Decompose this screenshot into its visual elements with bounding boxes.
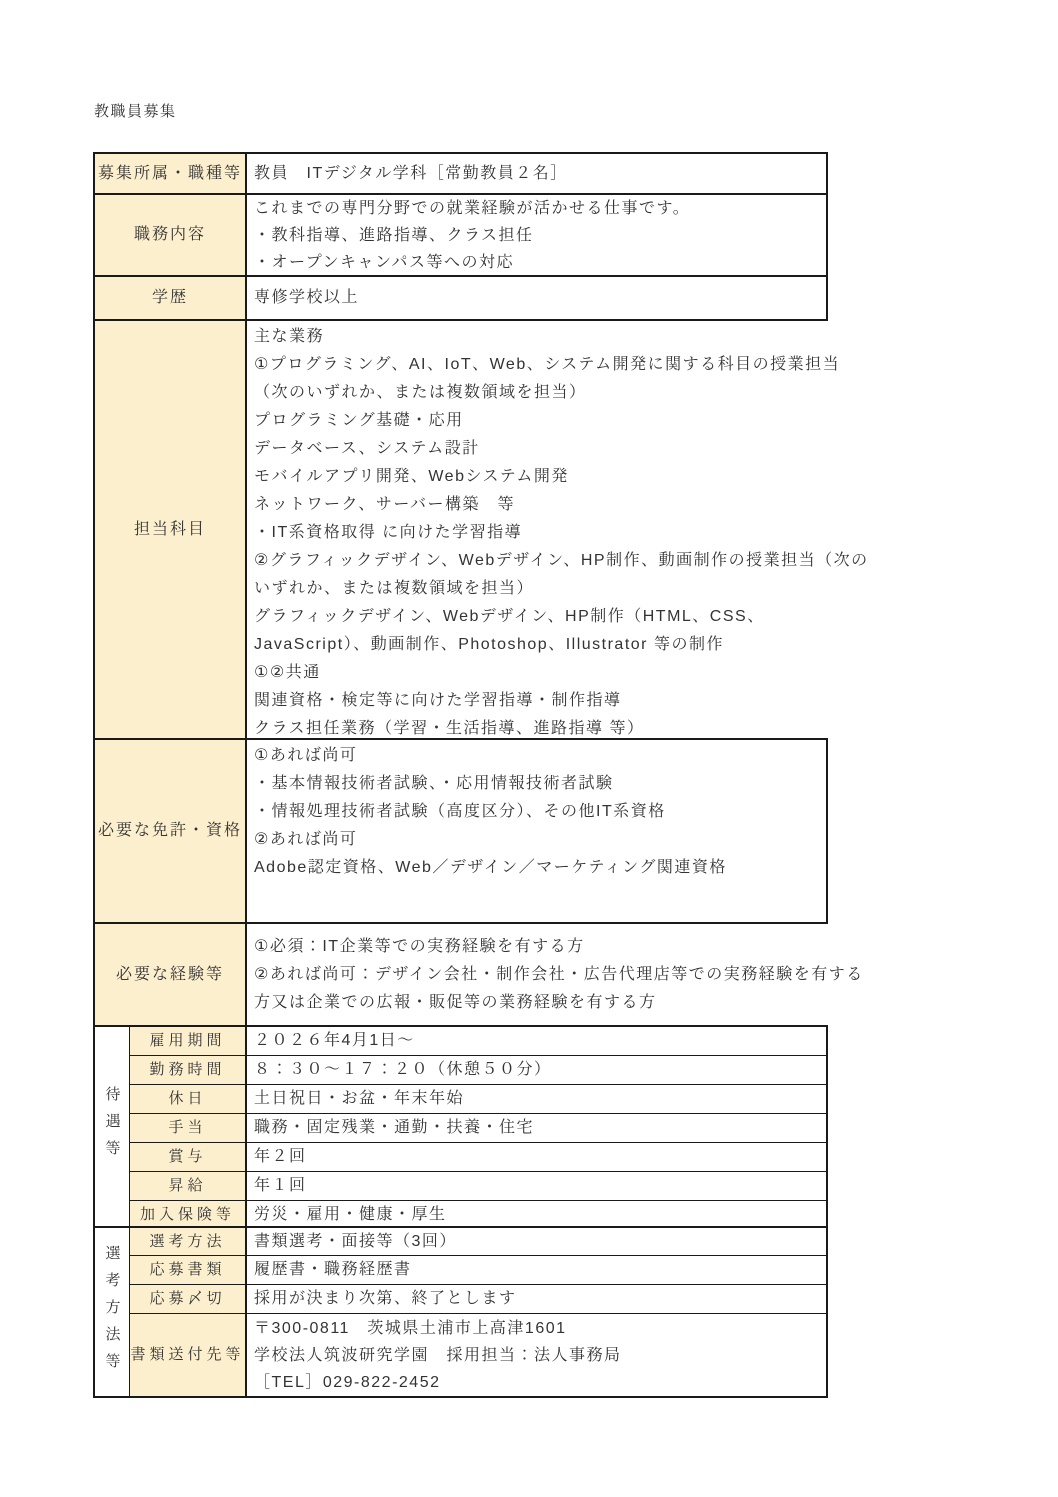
table-row-mailing-address: 書類送付先等 〒300-0811 茨城県土浦市上高津1601 学校法人筑波研究学…	[130, 1313, 826, 1396]
cell-licenses: ①あれば尚可 ・基本情報技術者試験、・応用情報技術者試験 ・情報処理技術者試験（…	[247, 740, 826, 922]
cell-text: これまでの専門分野での就業経験が活かせる仕事です。	[254, 195, 818, 222]
cell-text: 〒300-0811 茨城県土浦市上高津1601	[254, 1315, 818, 1342]
cell-text: 労災・雇用・健康・厚生	[254, 1201, 818, 1229]
section-selection: 選考方法等 選考方法 書類選考・面接等（3回） 応募書類 履歴書・職務経歴書 応…	[95, 1226, 826, 1396]
table-row-licenses: 必要な免許・資格 ①あれば尚可 ・基本情報技術者試験、・応用情報技術者試験 ・情…	[95, 738, 826, 922]
cell-education: 専修学校以上	[247, 277, 826, 319]
cell-text: 土日祝日・お盆・年末年始	[254, 1085, 818, 1113]
row-header-application-documents: 応募書類	[130, 1256, 247, 1284]
cell-duties: これまでの専門分野での就業経験が活かせる仕事です。 ・教科指導、進路指導、クラス…	[247, 195, 826, 275]
cell-text: JavaScript）、動画制作、Photoshop、Illustrator 等…	[254, 631, 869, 659]
cell-position: 教員 ITデジタル学科［常勤教員２名］	[247, 154, 826, 193]
cell-text: いずれか、または複数領域を担当）	[254, 575, 869, 603]
cell-application-documents: 履歴書・職務経歴書	[247, 1256, 826, 1284]
table-row-duties: 職務内容 これまでの専門分野での就業経験が活かせる仕事です。 ・教科指導、進路指…	[95, 193, 826, 275]
cell-application-deadline: 採用が決まり次第、終了とします	[247, 1285, 826, 1313]
row-header-bonus: 賞与	[130, 1143, 247, 1171]
cell-text: 書類選考・面接等（3回）	[254, 1228, 818, 1256]
cell-text: 学校法人筑波研究学園 採用担当：法人事務局	[254, 1342, 818, 1369]
cell-subjects: 主な業務 ①プログラミング、AI、IoT、Web、システム開発に関する科目の授業…	[247, 321, 877, 738]
table-row-insurance: 加入保険等 労災・雇用・健康・厚生	[130, 1200, 826, 1229]
cell-text: ２０２６年4月1日～	[254, 1027, 818, 1055]
cell-text: ・IT系資格取得 に向けた学習指導	[254, 519, 869, 547]
cell-text: 採用が決まり次第、終了とします	[254, 1285, 818, 1313]
cell-selection-method: 書類選考・面接等（3回）	[247, 1228, 826, 1255]
row-header-working-hours: 勤務時間	[130, 1056, 247, 1084]
cell-text: ・基本情報技術者試験、・応用情報技術者試験	[254, 770, 818, 798]
cell-text: ①必須：IT企業等での実務経験を有する方	[254, 933, 864, 961]
cell-text: 教員 ITデジタル学科［常勤教員２名］	[254, 160, 818, 188]
table-row-allowances: 手当 職務・固定残業・通勤・扶養・住宅	[130, 1113, 826, 1142]
table-row-working-hours: 勤務時間 ８：３０～１７：２０（休憩５０分）	[130, 1055, 826, 1084]
cell-mailing-address: 〒300-0811 茨城県土浦市上高津1601 学校法人筑波研究学園 採用担当：…	[247, 1314, 826, 1396]
table-row-subjects: 担当科目 主な業務 ①プログラミング、AI、IoT、Web、システム開発に関する…	[95, 319, 826, 738]
recruitment-table: 募集所属・職種等 教員 ITデジタル学科［常勤教員２名］ 職務内容 これまでの専…	[93, 152, 828, 1398]
treatment-group-label: 待遇等	[95, 1086, 130, 1167]
table-row-application-deadline: 応募〆切 採用が決まり次第、終了とします	[130, 1284, 826, 1313]
cell-working-hours: ８：３０～１７：２０（休憩５０分）	[247, 1056, 826, 1084]
cell-text: ②あれば尚可	[254, 826, 818, 854]
row-header-employment-period: 雇用期間	[130, 1027, 247, 1055]
cell-text: データベース、システム設計	[254, 435, 869, 463]
table-row-experience: 必要な経験等 ①必須：IT企業等での実務経験を有する方 ②あれば尚可：デザイン会…	[95, 922, 826, 1025]
row-header-licenses: 必要な免許・資格	[95, 740, 247, 922]
table-row-holidays: 休日 土日祝日・お盆・年末年始	[130, 1084, 826, 1113]
row-header-mailing-address: 書類送付先等	[130, 1314, 247, 1396]
section-treatment: 待遇等 雇用期間 ２０２６年4月1日～ 勤務時間 ８：３０～１７：２０（休憩５０…	[95, 1025, 826, 1226]
cell-experience: ①必須：IT企業等での実務経験を有する方 ②あれば尚可：デザイン会社・制作会社・…	[247, 924, 872, 1025]
cell-text: ・情報処理技術者試験（高度区分）、その他IT系資格	[254, 798, 818, 826]
cell-text: 年２回	[254, 1143, 818, 1171]
row-header-position: 募集所属・職種等	[95, 154, 247, 193]
cell-text: グラフィックデザイン、Webデザイン、HP制作（HTML、CSS、	[254, 603, 869, 631]
cell-text: ①あれば尚可	[254, 742, 818, 770]
cell-text: ①②共通	[254, 659, 869, 687]
cell-holidays: 土日祝日・お盆・年末年始	[247, 1085, 826, 1113]
cell-text: 職務・固定残業・通勤・扶養・住宅	[254, 1114, 818, 1142]
cell-text: 主な業務	[254, 323, 869, 351]
cell-text: プログラミング基礎・応用	[254, 407, 869, 435]
cell-employment-period: ２０２６年4月1日～	[247, 1027, 826, 1055]
cell-text: 年１回	[254, 1172, 818, 1200]
row-header-experience: 必要な経験等	[95, 924, 247, 1025]
cell-text: 方又は企業での広報・販促等の業務経験を有する方	[254, 989, 864, 1017]
row-header-application-deadline: 応募〆切	[130, 1285, 247, 1313]
cell-text: ②グラフィックデザイン、Webデザイン、HP制作、動画制作の授業担当（次の	[254, 547, 869, 575]
cell-text: ②あれば尚可：デザイン会社・制作会社・広告代理店等での実務経験を有する	[254, 961, 864, 989]
cell-text: 履歴書・職務経歴書	[254, 1256, 818, 1284]
table-row-selection-method: 選考方法 書類選考・面接等（3回）	[130, 1228, 826, 1255]
cell-bonus: 年２回	[247, 1143, 826, 1171]
cell-text: ①プログラミング、AI、IoT、Web、システム開発に関する科目の授業担当	[254, 351, 869, 379]
table-row-education: 学歴 専修学校以上	[95, 275, 826, 319]
cell-text: Adobe認定資格、Web／デザイン／マーケティング関連資格	[254, 854, 818, 882]
row-header-holidays: 休日	[130, 1085, 247, 1113]
cell-insurance: 労災・雇用・健康・厚生	[247, 1201, 826, 1229]
cell-text: ・オープンキャンパス等への対応	[254, 249, 818, 276]
row-header-subjects: 担当科目	[95, 321, 247, 738]
cell-raise: 年１回	[247, 1172, 826, 1200]
cell-text: ８：３０～１７：２０（休憩５０分）	[254, 1056, 818, 1084]
selection-group-label: 選考方法等	[95, 1245, 130, 1380]
row-header-insurance: 加入保険等	[130, 1201, 247, 1229]
group-label-cell-treatment: 待遇等	[95, 1027, 130, 1226]
table-row-raise: 昇給 年１回	[130, 1171, 826, 1200]
row-header-raise: 昇給	[130, 1172, 247, 1200]
table-row-position: 募集所属・職種等 教員 ITデジタル学科［常勤教員２名］	[95, 154, 826, 193]
row-header-duties: 職務内容	[95, 195, 247, 275]
table-row-bonus: 賞与 年２回	[130, 1142, 826, 1171]
group-label-cell-selection: 選考方法等	[95, 1228, 130, 1396]
page-title: 教職員募集	[94, 100, 177, 121]
cell-allowances: 職務・固定残業・通勤・扶養・住宅	[247, 1114, 826, 1142]
cell-text: （次のいずれか、または複数領域を担当）	[254, 379, 869, 407]
cell-text: モバイルアプリ開発、Webシステム開発	[254, 463, 869, 491]
row-header-education: 学歴	[95, 277, 247, 319]
cell-text: ・教科指導、進路指導、クラス担任	[254, 222, 818, 249]
row-header-selection-method: 選考方法	[130, 1228, 247, 1255]
table-row-employment-period: 雇用期間 ２０２６年4月1日～	[130, 1027, 826, 1055]
cell-text: ［TEL］029-822-2452	[254, 1369, 818, 1396]
table-row-application-documents: 応募書類 履歴書・職務経歴書	[130, 1255, 826, 1284]
cell-text: 専修学校以上	[254, 284, 818, 312]
row-header-allowances: 手当	[130, 1114, 247, 1142]
cell-text: ネットワーク、サーバー構築 等	[254, 491, 869, 519]
cell-text: 関連資格・検定等に向けた学習指導・制作指導	[254, 687, 869, 715]
